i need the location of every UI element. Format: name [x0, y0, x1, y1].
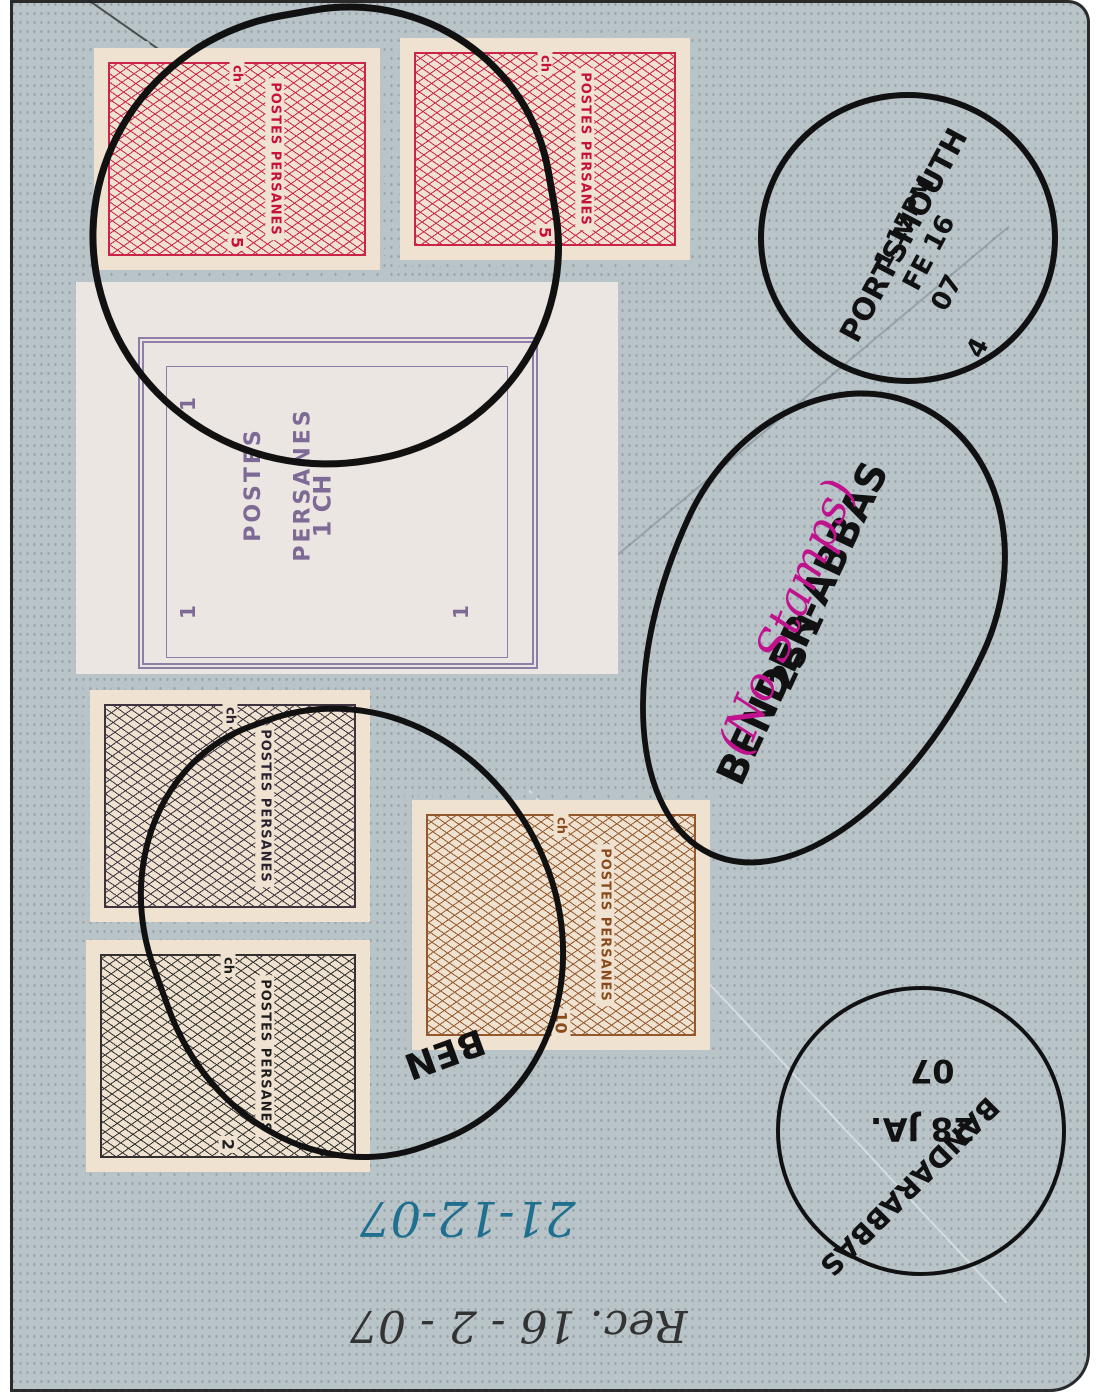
stamp-denomination: 2 — [219, 1136, 238, 1153]
postmark-fragment: BEN — [399, 1020, 490, 1087]
stamp-currency: ch — [554, 814, 569, 837]
stamp-inscription: POSTES PERSANES — [576, 68, 595, 230]
postmark-year: 07 — [910, 1052, 955, 1090]
pencil-receipt-note: Rec. 16 - 2 - 07 — [350, 1300, 687, 1351]
postmark-date: 28 JA. — [870, 1110, 975, 1148]
corner-value: 1 — [449, 605, 473, 619]
stamp-currency: ch — [223, 704, 238, 727]
corner-value: 1 — [176, 605, 200, 619]
stamp-currency: ch — [538, 52, 553, 75]
stamp-inscription: POSTES PERSANES — [596, 844, 615, 1006]
postmark-portsmouth: PORTSMOUTH 1.15PM FE 16 07 4 — [758, 92, 1058, 384]
blue-crayon-date: 21-12-07 — [360, 1190, 576, 1246]
postmark-bandarabbas: BANDARABBAS 28 JA. 07 — [776, 986, 1066, 1276]
stamp-denomination: 1 CH — [308, 475, 336, 538]
postmark-code: 4 — [961, 333, 996, 363]
